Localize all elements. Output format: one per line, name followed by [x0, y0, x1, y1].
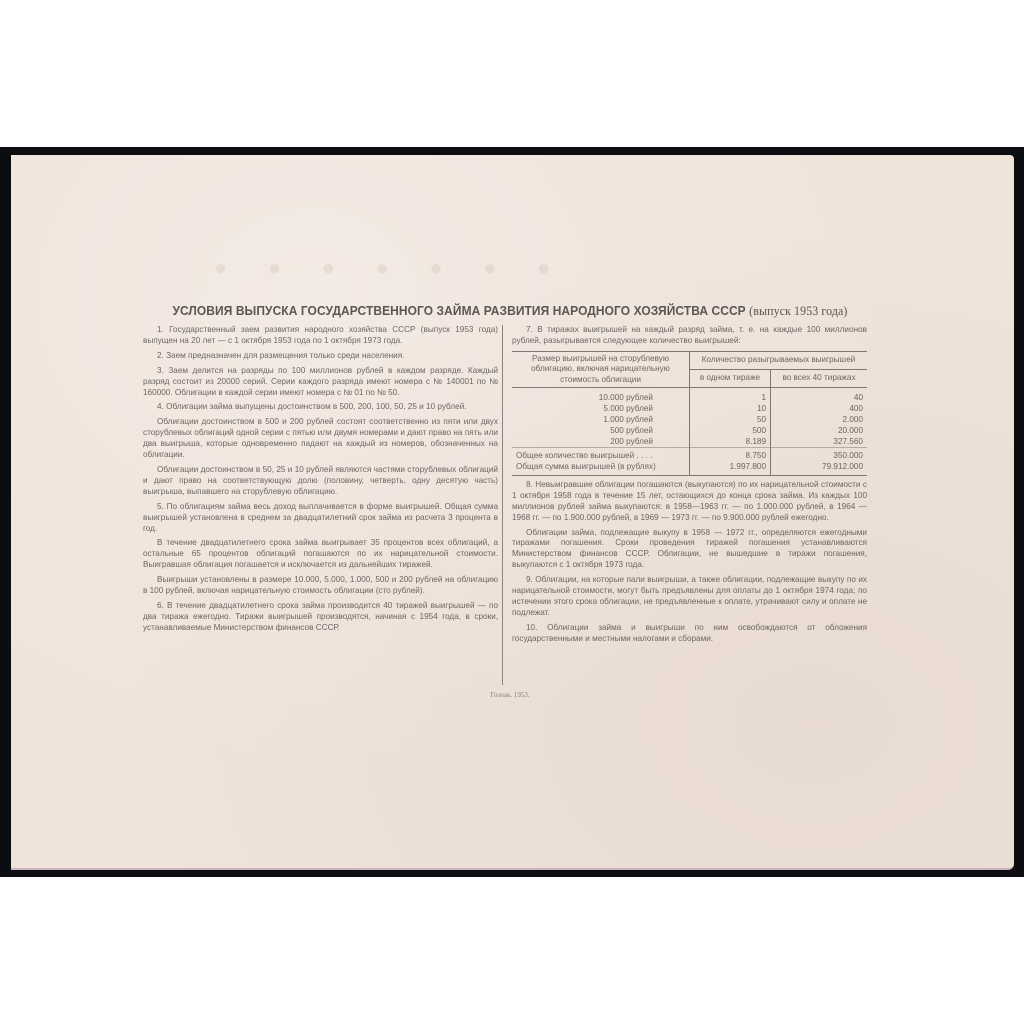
clause-paragraph: 9. Облигации, на которые пали выигрыши, … [512, 575, 867, 619]
count-all-draws: 327.560 [771, 437, 867, 448]
title-main: УСЛОВИЯ ВЫПУСКА ГОСУДАРСТВЕННОГО ЗАЙМА Р… [172, 303, 745, 318]
table-row: 200 рублей8.189327.560 [512, 437, 867, 448]
count-one-draw: 10 [690, 404, 771, 415]
table-row: 10.000 рублей140 [512, 388, 867, 404]
total-label: Общее количество выигрышей . . . . [512, 448, 690, 462]
count-all-draws: 20.000 [771, 426, 867, 437]
col-header-prize-size: Размер выигрышей на сторублевую облигаци… [512, 351, 690, 388]
count-all-draws: 400 [771, 404, 867, 415]
clause-paragraph: 1. Государственный заем развития народно… [143, 325, 498, 347]
total-one-draw: 8.750 [690, 448, 771, 462]
clause-paragraph: 3. Заем делится на разряды по 100 миллио… [143, 366, 498, 399]
title-subtitle: (выпуск 1953 года) [749, 303, 847, 318]
table-row: 500 рублей50020.000 [512, 426, 867, 437]
clause-paragraph: 5. По облигациям займа весь доход выплач… [143, 502, 498, 535]
printer-imprint: Гознак. 1953. [400, 691, 620, 699]
prize-amount: 5.000 рублей [512, 404, 690, 415]
total-one-draw: 1.997.800 [690, 462, 771, 475]
clause-paragraph: Облигации достоинством в 50, 25 и 10 руб… [143, 465, 498, 498]
prize-amount: 10.000 рублей [512, 388, 690, 404]
count-one-draw: 500 [690, 426, 771, 437]
clause-paragraph: В течение двадцатилетнего срока займа вы… [143, 538, 498, 571]
clause-paragraph: Облигации достоинством в 500 и 200 рубле… [143, 417, 498, 461]
clause-paragraph: Облигации займа, подлежащие выкупу в 195… [512, 528, 867, 572]
column-divider [502, 325, 503, 685]
table-total-row: Общая сумма выигрышей (в рублях)1.997.80… [512, 462, 867, 475]
table-row: 1.000 рублей502.000 [512, 415, 867, 426]
total-all-draws: 350.000 [771, 448, 867, 462]
count-one-draw: 8.189 [690, 437, 771, 448]
clause-paragraph: 10. Облигации займа и выигрыши по ним ос… [512, 623, 867, 645]
col-header-one-draw: в одном тираже [690, 370, 771, 388]
clause-paragraph: 2. Заем предназначен для размещения толь… [143, 351, 498, 362]
count-all-draws: 2.000 [771, 415, 867, 426]
col-header-all-draws: во всех 40 тиражах [771, 370, 867, 388]
count-all-draws: 40 [771, 388, 867, 404]
table-total-row: Общее количество выигрышей . . . .8.7503… [512, 448, 867, 462]
col-header-prize-count-group: Количество разыгрываемых выигрышей [690, 351, 868, 369]
document-title: УСЛОВИЯ ВЫПУСКА ГОСУДАРСТВЕННОГО ЗАЙМА Р… [170, 303, 851, 319]
conditions-right-column: 7. В тиражах выигрышей на каждый разряд … [512, 325, 867, 649]
prize-table: Размер выигрышей на сторублевую облигаци… [512, 351, 867, 476]
clause-paragraph: Выигрыши установлены в размере 10.000, 5… [143, 575, 498, 597]
table-row: 5.000 рублей10400 [512, 404, 867, 415]
count-one-draw: 50 [690, 415, 771, 426]
clause-paragraph: 8. Невыигравшие облигации погашаются (вы… [512, 480, 867, 524]
clause-paragraph: 4. Облигации займа выпущены достоинством… [143, 402, 498, 413]
clause-7-intro: 7. В тиражах выигрышей на каждый разряд … [512, 325, 867, 347]
embossed-ghost-impression: · · · · · · · [211, 235, 563, 302]
total-label: Общая сумма выигрышей (в рублях) [512, 462, 690, 475]
clause-paragraph: 6. В течение двадцатилетнего срока займа… [143, 601, 498, 634]
prize-amount: 500 рублей [512, 426, 690, 437]
count-one-draw: 1 [690, 388, 771, 404]
total-all-draws: 79.912.000 [771, 462, 867, 475]
prize-amount: 200 рублей [512, 437, 690, 448]
conditions-left-column: 1. Государственный заем развития народно… [143, 325, 498, 638]
prize-amount: 1.000 рублей [512, 415, 690, 426]
